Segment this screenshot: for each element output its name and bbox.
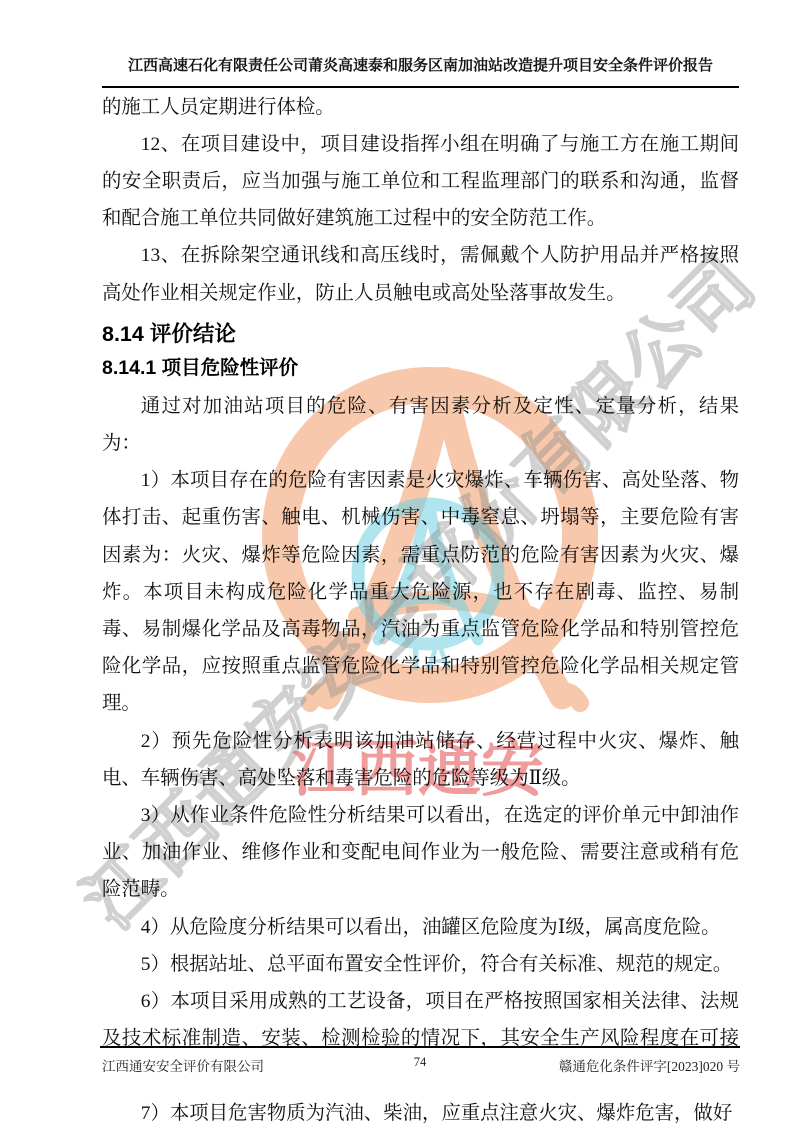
page-header: 江西高速石化有限责任公司莆炎高速泰和服务区南加油站改造提升项目安全条件评价报告 (102, 0, 739, 88)
body-paragraph: 12、在项目建设中，项目建设指挥小组在明确了与施工方在施工期间的安全职责后，应当… (102, 126, 739, 238)
footer-doc-number: 赣通危化条件评字[2023]020 号 (559, 1055, 740, 1075)
report-title: 江西高速石化有限责任公司莆炎高速泰和服务区南加油站改造提升项目安全条件评价报告 (102, 55, 739, 78)
body-paragraph: 通过对加油站项目的危险、有害因素分析及定性、定量分析，结果为： (102, 388, 739, 462)
doc-body: 的施工人员定期进行体检。12、在项目建设中，项目建设指挥小组在明确了与施工方在施… (102, 88, 739, 1131)
subsection-heading: 8.14.1 项目危险性评价 (102, 356, 739, 381)
body-paragraph: 4）从危险度分析结果可以看出，油罐区危险度为Ⅰ级，属高度危险。 (102, 909, 739, 946)
footer-company: 江西通安安全评价有限公司 (102, 1055, 264, 1075)
body-paragraph: 13、在拆除架空通讯线和高压线时，需佩戴个人防护用品并严格按照高处作业相关规定作… (102, 237, 739, 311)
body-paragraph: 3）从作业条件危险性分析结果可以看出，在选定的评价单元中卸油作业、加油作业、维修… (102, 797, 739, 909)
page-footer: 江西通安安全评价有限公司 74 赣通危化条件评字[2023]020 号 (100, 1046, 740, 1083)
body-paragraph: 2）预先危险性分析表明该加油站储存、经营过程中火灾、爆炸、触电、车辆伤害、高处坠… (102, 723, 739, 797)
page-content: 江西高速石化有限责任公司莆炎高速泰和服务区南加油站改造提升项目安全条件评价报告 … (102, 0, 739, 1131)
body-paragraph: 7）本项目危害物质为汽油、柴油，应重点注意火灾、爆炸危害，做好 (102, 1095, 739, 1131)
footer-page-number: 74 (414, 1055, 427, 1070)
body-paragraph: 的施工人员定期进行体检。 (102, 89, 739, 126)
report-page: { "header": { "title": "江西高速石化有限责任公司莆炎高速… (0, 0, 800, 1131)
body-paragraph: 1）本项目存在的危险有害因素是火灾爆炸、车辆伤害、高处坠落、物体打击、起重伤害、… (102, 462, 739, 722)
body-paragraph: 5）根据站址、总平面布置安全性评价，符合有关标准、规范的规定。 (102, 946, 739, 983)
section-heading: 8.14 评价结论 (102, 321, 739, 347)
